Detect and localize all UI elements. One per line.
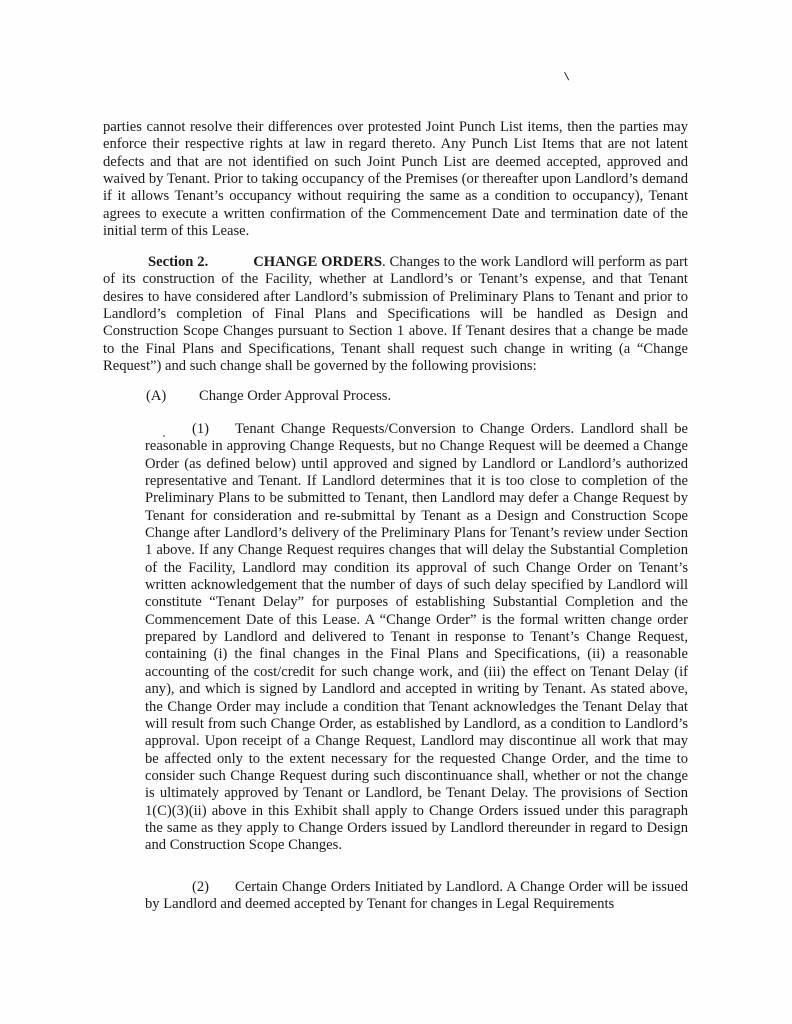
item-label: (1): [192, 421, 235, 438]
section-body: . Changes to the work Landlord will perf…: [103, 254, 688, 374]
subsection-a-heading: (A)Change Order Approval Process.: [103, 388, 688, 405]
subsection-label: (A): [146, 388, 199, 405]
item-label: (2): [192, 879, 235, 896]
document-page: parties cannot resolve their differences…: [0, 0, 792, 1024]
item-2-paragraph: (2)Certain Change Orders Initiated by La…: [145, 879, 688, 914]
stray-scan-mark: [564, 71, 572, 81]
item-1-paragraph: (1)Tenant Change Requests/Conversion to …: [145, 421, 688, 855]
continued-paragraph: parties cannot resolve their differences…: [103, 119, 688, 240]
item-text: Tenant Change Requests/Conversion to Cha…: [145, 421, 688, 853]
section-2-paragraph: Section 2.CHANGE ORDERS. Changes to the …: [103, 254, 688, 375]
section-title: CHANGE ORDERS: [253, 254, 382, 270]
section-number: Section 2.: [148, 254, 208, 270]
subsection-title: Change Order Approval Process.: [199, 388, 391, 404]
